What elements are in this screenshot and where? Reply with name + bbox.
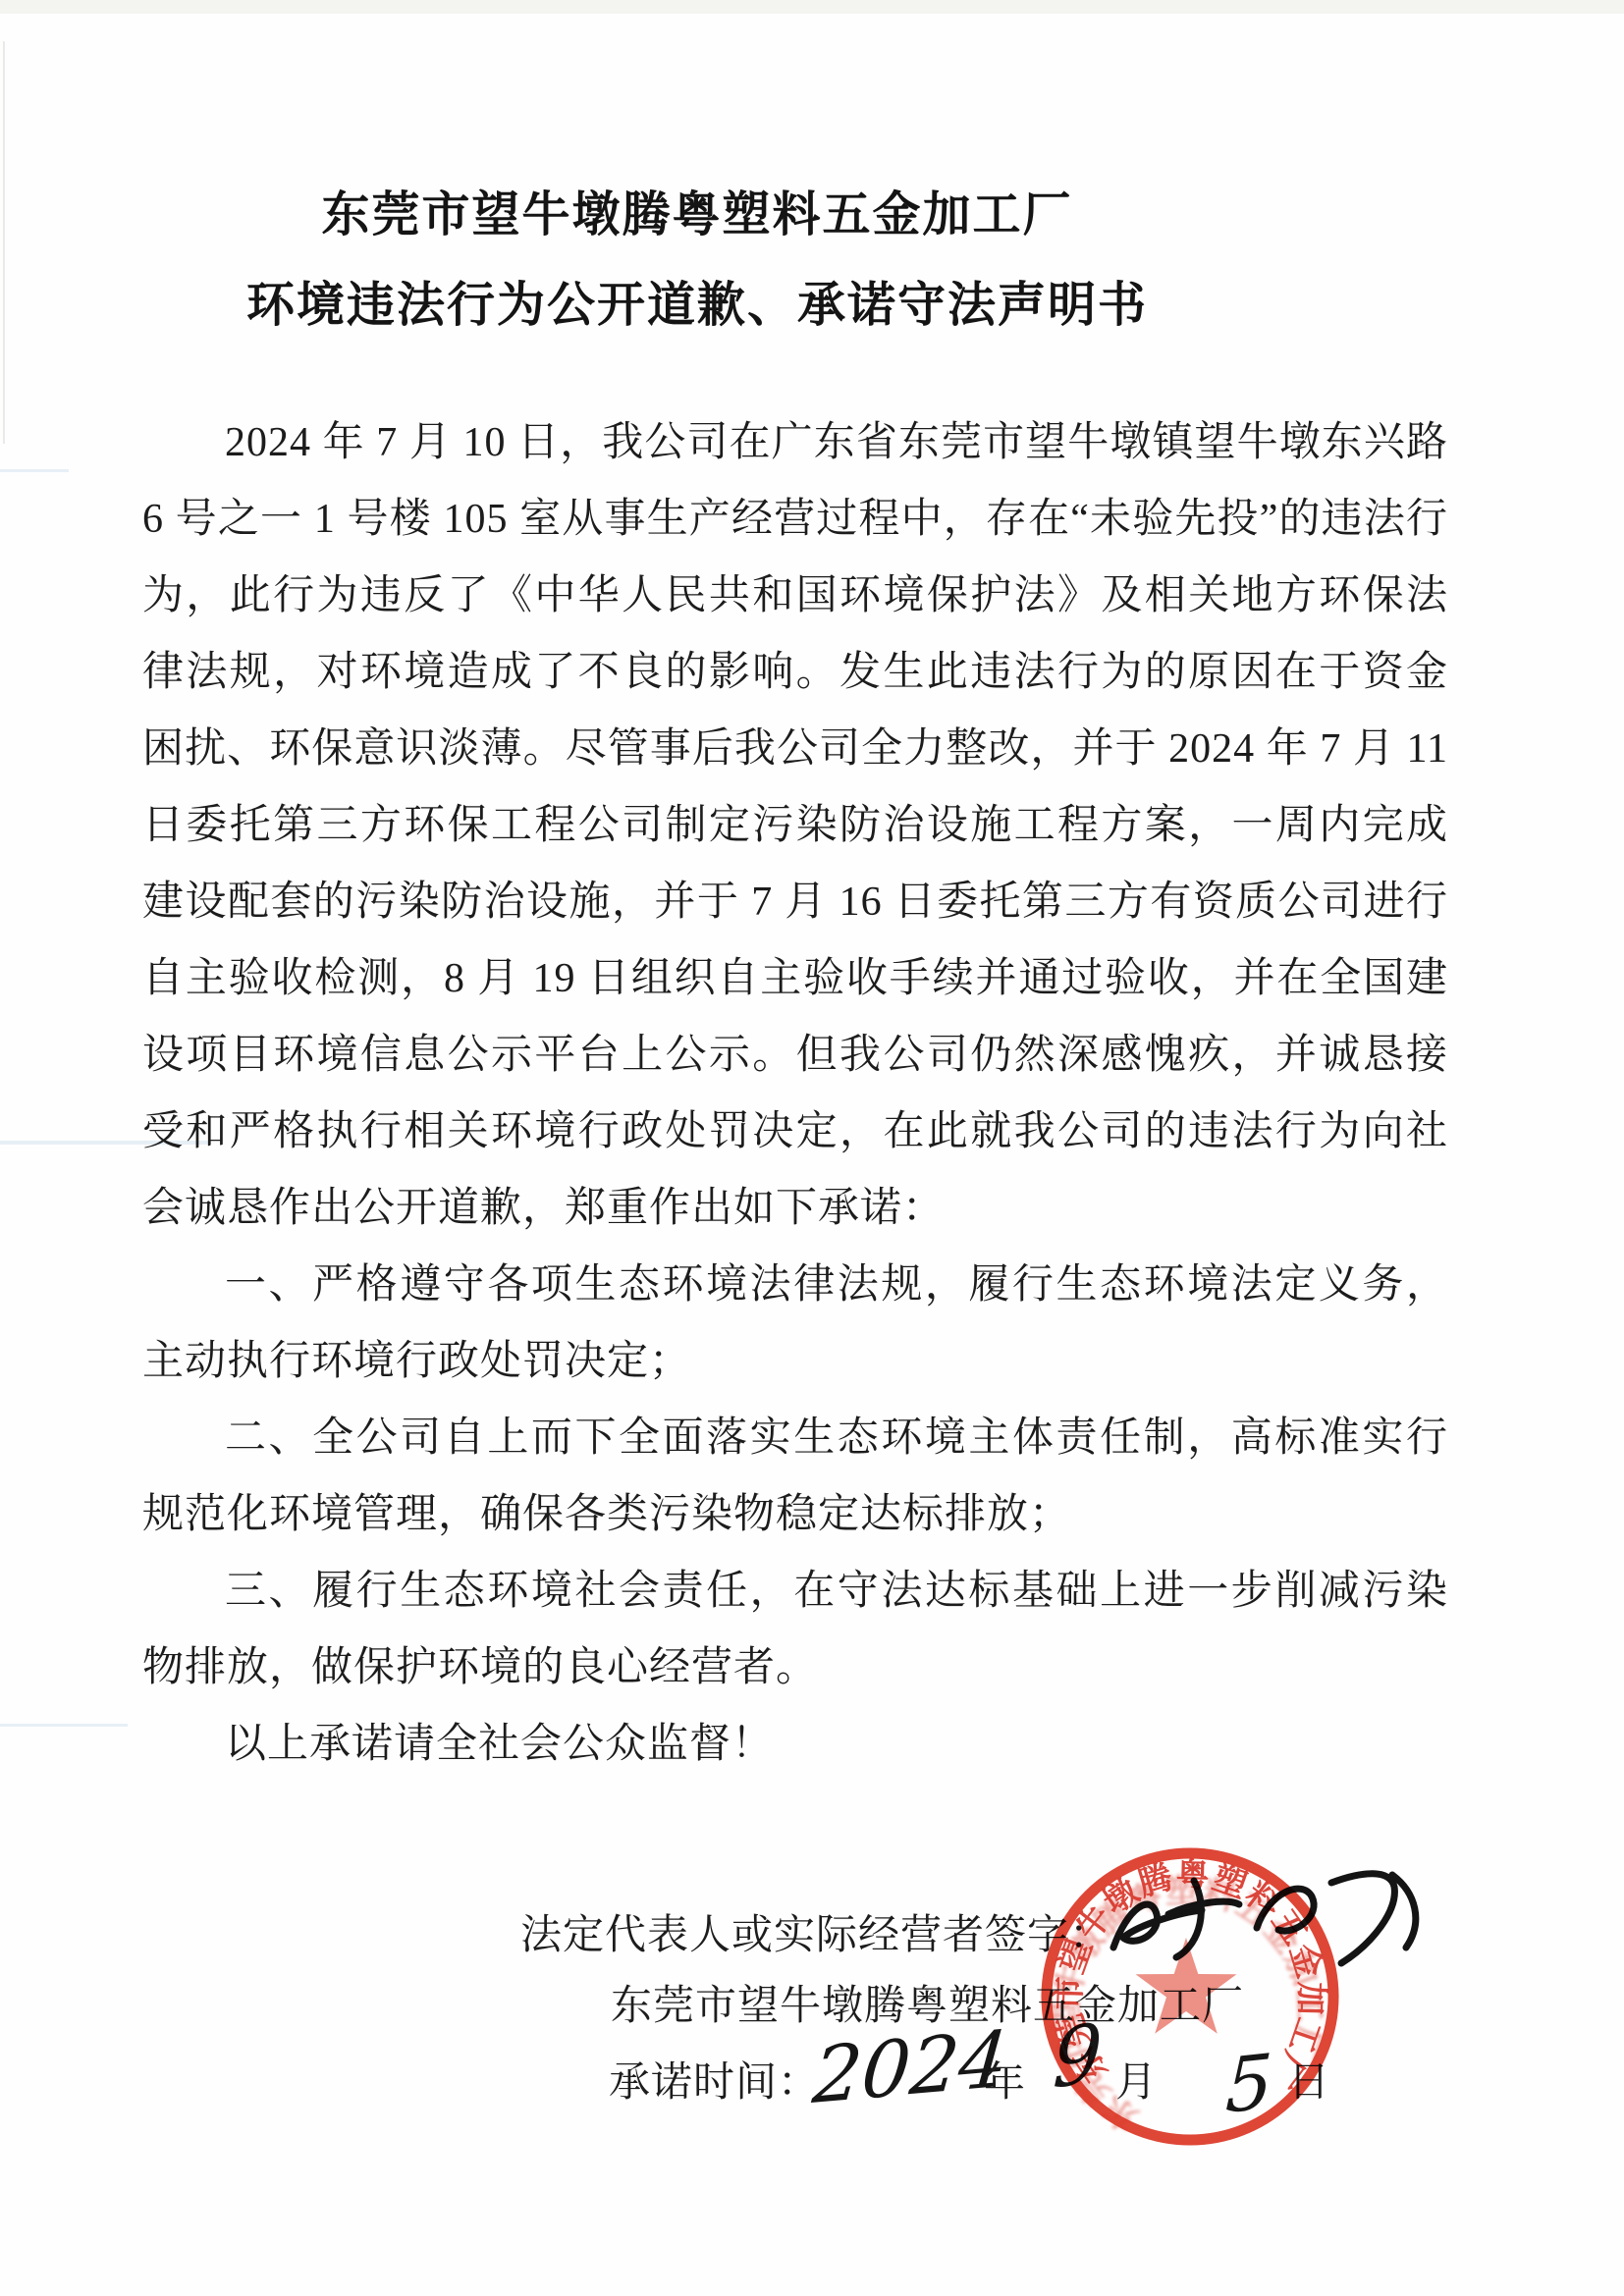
document-title: 东莞市望牛墩腾粤塑料五金加工厂 环境违法行为公开道歉、承诺守法声明书 [0, 185, 1394, 336]
scan-edge-artifact [0, 0, 1624, 14]
document-title-line2: 环境违法行为公开道歉、承诺守法声明书 [0, 275, 1394, 336]
commitment-item-1: 一、严格遵守各项生态环境法律法规，履行生态环境法定义务，主动执行环境行政处罚决定… [142, 1247, 1448, 1400]
document-title-line1: 东莞市望牛墩腾粤塑料五金加工厂 [0, 185, 1394, 245]
commitment-item-2: 二、全公司自上而下全面落实生态环境主体责任制，高标准实行规范化环境管理，确保各类… [142, 1400, 1448, 1553]
signature-handwriting [1100, 1853, 1453, 1991]
date-label: 承诺时间： [609, 2050, 820, 2109]
year-unit: 年 [984, 2050, 1026, 2109]
scan-streak [0, 1724, 128, 1727]
scan-streak [0, 469, 69, 472]
document-body: 2024 年 7 月 10 日，我公司在广东省东莞市望牛墩镇望牛墩东兴路 6 号… [142, 404, 1448, 1783]
handwritten-year: 2024 [809, 2015, 1011, 2121]
paragraph-intro: 2024 年 7 月 10 日，我公司在广东省东莞市望牛墩镇望牛墩东兴路 6 号… [142, 404, 1448, 1247]
commitment-item-3: 三、履行生态环境社会责任，在守法达标基础上进一步削减污染物排放，做保护环境的良心… [142, 1553, 1448, 1706]
document-page: 东莞市望牛墩腾粤塑料五金加工厂 环境违法行为公开道歉、承诺守法声明书 2024 … [0, 0, 1624, 2296]
closing-line: 以上承诺请全社会公众监督！ [142, 1706, 1448, 1783]
